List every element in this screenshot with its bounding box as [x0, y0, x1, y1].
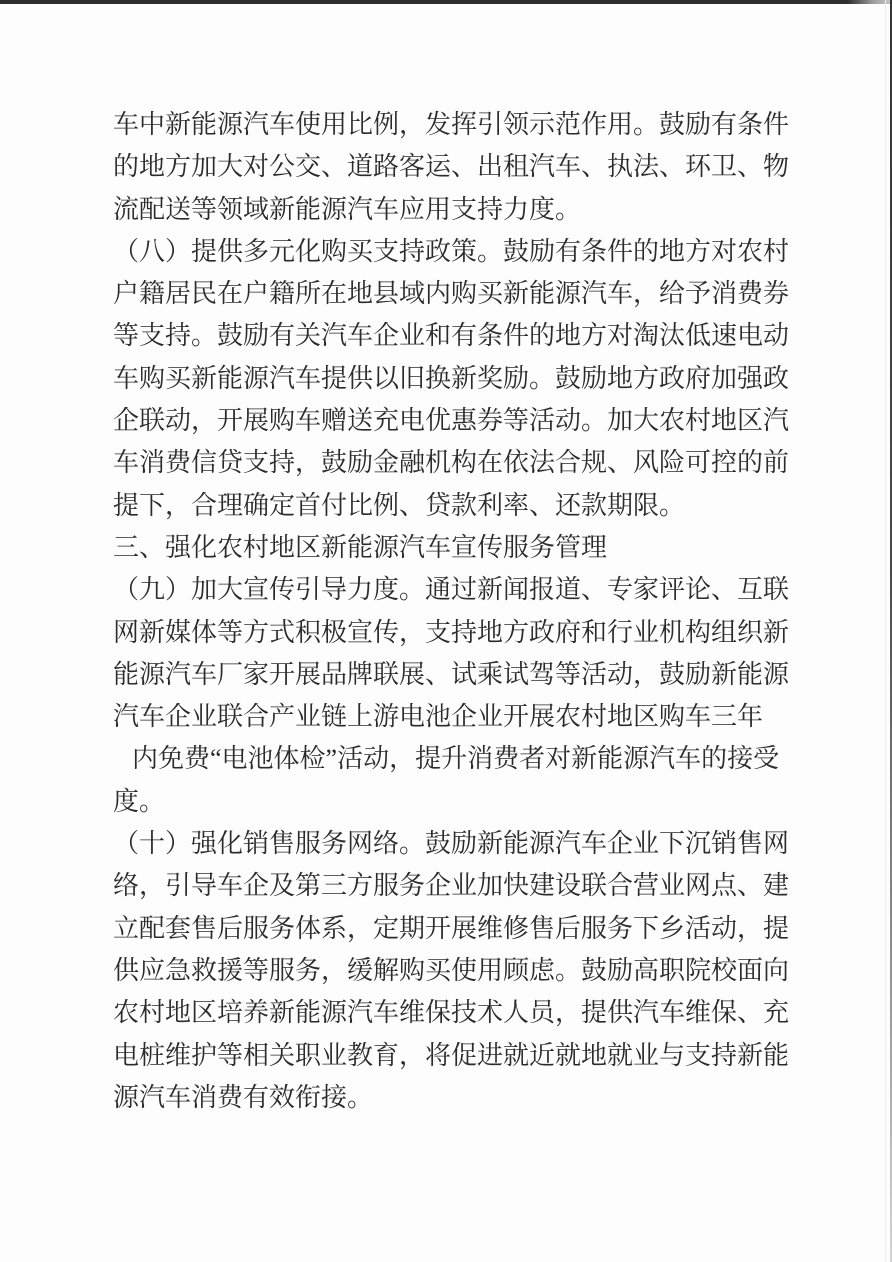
text-line: （八）提供多元化购买支持政策。鼓励有条件的地方对农村	[113, 231, 797, 273]
text-line: 源汽车消费有效衔接。	[113, 1077, 797, 1119]
text-line: 企联动，开展购车赠送充电优惠券等活动。加大农村地区汽	[113, 400, 797, 442]
section-heading-line: 三、强化农村地区新能源汽车宣传服务管理	[113, 527, 797, 569]
text-line: 车消费信贷支持，鼓励金融机构在依法合规、风险可控的前	[113, 442, 797, 484]
text-line: 农村地区培养新能源汽车维保技术人员，提供汽车维保、充	[113, 992, 797, 1034]
text-line: 度。	[113, 781, 797, 823]
scan-artifact-right-faint-line	[885, 0, 886, 1262]
document-page: 车中新能源汽车使用比例，发挥引领示范作用。鼓励有条件 的地方加大对公交、道路客运…	[0, 0, 892, 1262]
text-line: 车购买新能源汽车提供以旧换新奖励。鼓励地方政府加强政	[113, 358, 797, 400]
text-line: 流配送等领域新能源汽车应用支持力度。	[113, 189, 797, 231]
text-line: 的地方加大对公交、道路客运、出租汽车、执法、环卫、物	[113, 146, 797, 188]
text-line: 车中新能源汽车使用比例，发挥引领示范作用。鼓励有条件	[113, 104, 797, 146]
text-line: 电桩维护等相关职业教育，将促进就近就地就业与支持新能	[113, 1035, 797, 1077]
text-line: 提下，合理确定首付比例、贷款利率、还款期限。	[113, 485, 797, 527]
text-line: 户籍居民在户籍所在地县域内购买新能源汽车，给予消费券	[113, 273, 797, 315]
text-line: 内免费“电池体检”活动，提升消费者对新能源汽车的接受	[113, 738, 797, 780]
text-line: 等支持。鼓励有关汽车企业和有条件的地方对淘汰低速电动	[113, 315, 797, 357]
text-line: （十）强化销售服务网络。鼓励新能源汽车企业下沉销售网	[113, 823, 797, 865]
text-line: 网新媒体等方式积极宣传，支持地方政府和行业机构组织新	[113, 612, 797, 654]
scan-artifact-top-edge	[0, 0, 892, 4]
text-line: 能源汽车厂家开展品牌联展、试乘试驾等活动，鼓励新能源	[113, 654, 797, 696]
text-line: 汽车企业联合产业链上游电池企业开展农村地区购车三年	[113, 696, 797, 738]
text-line: 立配套售后服务体系，定期开展维修售后服务下乡活动，提	[113, 908, 797, 950]
document-text-block: 车中新能源汽车使用比例，发挥引领示范作用。鼓励有条件 的地方加大对公交、道路客运…	[113, 104, 797, 1119]
text-line: （九）加大宣传引导力度。通过新闻报道、专家评论、互联	[113, 569, 797, 611]
text-line: 络，引导车企及第三方服务企业加快建设联合营业网点、建	[113, 865, 797, 907]
text-line: 供应急救援等服务，缓解购买使用顾虑。鼓励高职院校面向	[113, 950, 797, 992]
